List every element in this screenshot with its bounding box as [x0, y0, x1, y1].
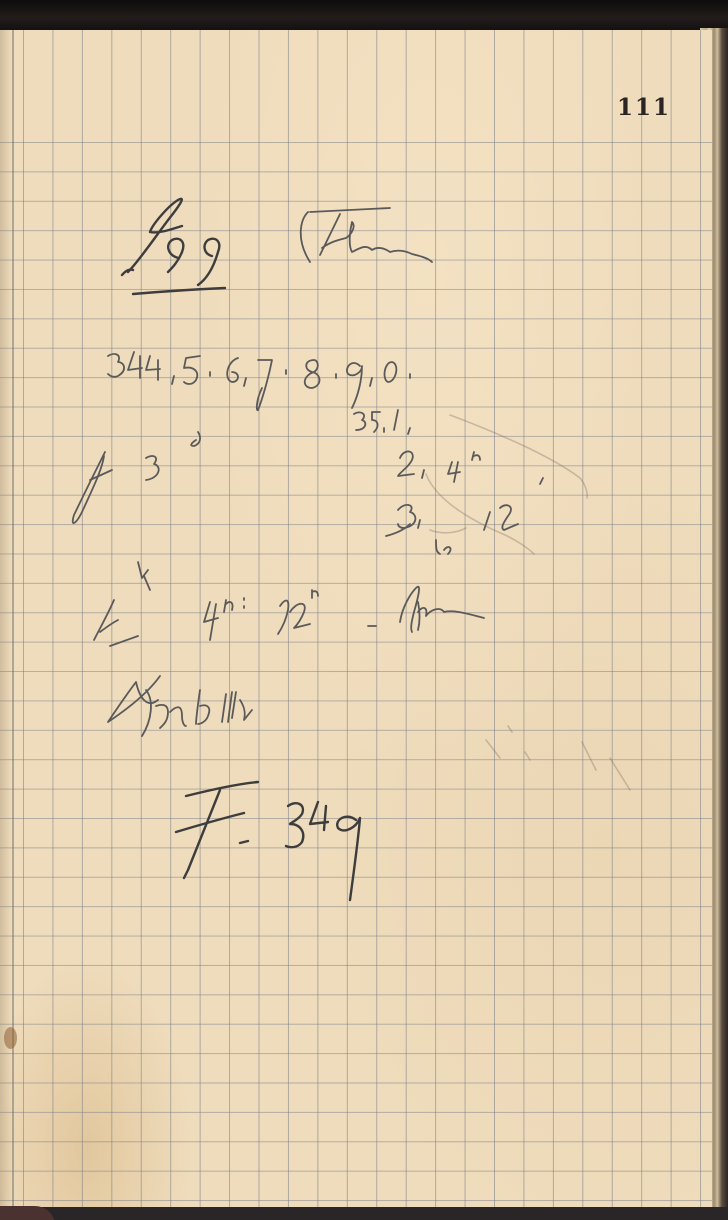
sub-list-arcs [426, 415, 587, 554]
handwriting-layer [0, 0, 728, 1220]
heading-number-strokes [122, 199, 225, 294]
heading-word-strokes [301, 208, 432, 262]
show-through-marks [486, 726, 630, 790]
hours-line-strokes [94, 562, 484, 646]
left-symbol-strokes [73, 432, 200, 523]
word-strokes [108, 676, 252, 736]
sequence-strokes [108, 352, 410, 410]
result-strokes [176, 782, 360, 900]
